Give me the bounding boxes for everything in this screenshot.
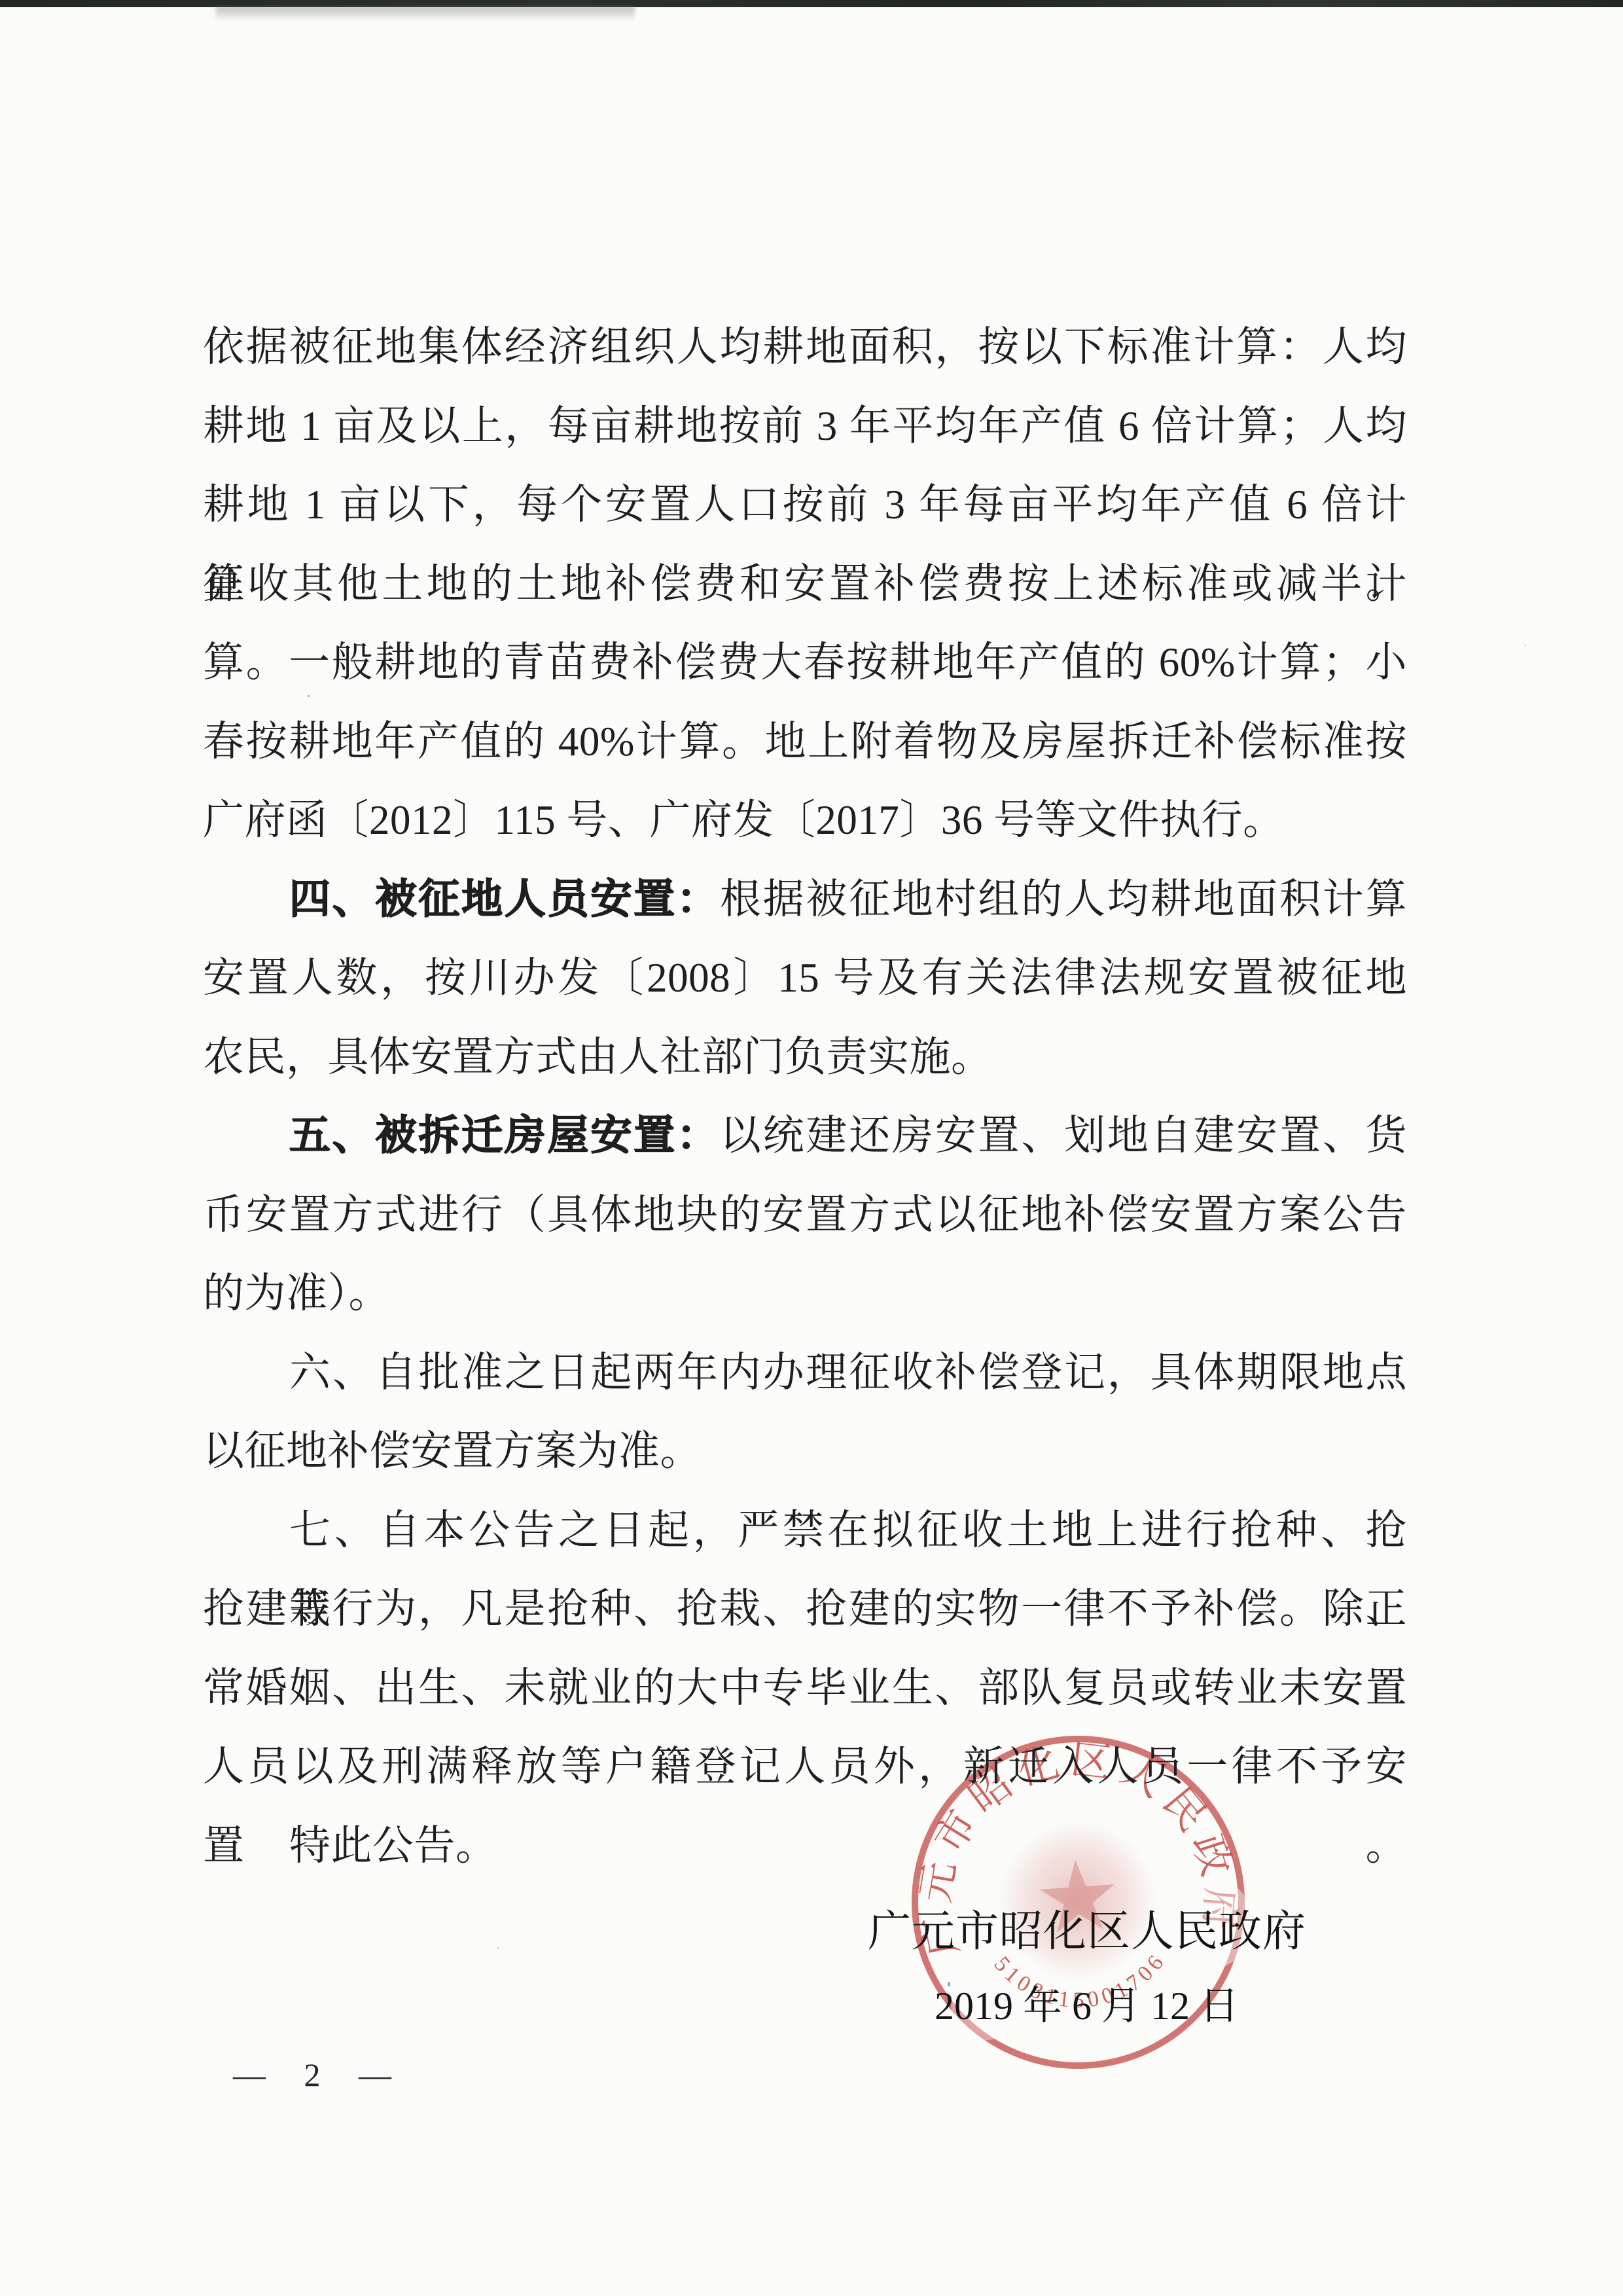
scan-smudge-artifact bbox=[216, 7, 635, 21]
text-line: 抢建等行为，凡是抢种、抢栽、抢建的实物一律不予补偿。除正 bbox=[203, 1570, 1407, 1649]
paragraph-text: 依据被征地集体经济组织人均耕地面积，按以下标准计算：人均 bbox=[203, 324, 1407, 370]
paragraph-text: 广府函〔2012〕115 号、广府发〔2017〕36 号等文件执行。 bbox=[203, 797, 1285, 843]
text-line: 七、自本公告之日起，严禁在拟征收土地上进行抢种、抢栽、 bbox=[203, 1491, 1407, 1570]
signature-date: 2019 年 6 月 12 日 bbox=[935, 1982, 1301, 2030]
paragraph-text: 的为准）。 bbox=[203, 1270, 390, 1316]
paragraph-text: 币安置方式进行（具体地块的安置方式以征地补偿安置方案公告 bbox=[203, 1192, 1407, 1238]
scan-speck bbox=[1525, 645, 1526, 646]
text-line: 耕地 1 亩以下，每个安置人口按前 3 年每亩平均年产值 6 倍计算。 bbox=[203, 465, 1407, 545]
page: { "page": { "footer": "— 2 —", "backgrou… bbox=[0, 0, 1623, 2296]
signature-issuer: 广元市昭化区人民政府 bbox=[868, 1906, 1326, 1958]
paragraph-heading: 四、被征地人员安置： bbox=[289, 876, 720, 922]
text-line: 广府函〔2012〕115 号、广府发〔2017〕36 号等文件执行。 bbox=[203, 781, 1407, 860]
paragraph-text: 征收其他土地的土地补偿费和安置补偿费按上述标准或减半计 bbox=[203, 561, 1407, 607]
text-line: 征收其他土地的土地补偿费和安置补偿费按上述标准或减半计 bbox=[203, 545, 1407, 624]
paragraph-text: 以统建还房安置、划地自建安置、货 bbox=[720, 1113, 1407, 1158]
paragraph-text: 耕地 1 亩及以上，每亩耕地按前 3 年平均年产值 6 倍计算；人均 bbox=[203, 403, 1407, 449]
text-line: 以征地补偿安置方案为准。 bbox=[203, 1412, 1407, 1491]
text-line: 依据被征地集体经济组织人均耕地面积，按以下标准计算：人均 bbox=[203, 308, 1407, 387]
page-number: — 2 — bbox=[233, 2055, 391, 2094]
text-line: 的为准）。 bbox=[203, 1254, 1407, 1333]
paragraph-text: 算。一般耕地的青苗费补偿费大春按耕地年产值的 60%计算；小 bbox=[203, 639, 1407, 685]
text-line: 安置人数，按川办发〔2008〕15 号及有关法律法规安置被征地 bbox=[203, 939, 1407, 1018]
paragraph-heading: 五、被拆迁房屋安置： bbox=[289, 1113, 720, 1158]
paragraph-text: 六、自批准之日起两年内办理征收补偿登记，具体期限地点 bbox=[289, 1350, 1407, 1395]
text-line: 六、自批准之日起两年内办理征收补偿登记，具体期限地点 bbox=[203, 1333, 1407, 1412]
text-line: 春按耕地年产值的 40%计算。地上附着物及房屋拆迁补偿标准按 bbox=[203, 702, 1407, 781]
paragraph-text: 特此公告。 bbox=[289, 1823, 497, 1869]
paragraph-text: 安置人数，按川办发〔2008〕15 号及有关法律法规安置被征地 bbox=[203, 955, 1407, 1001]
text-line: 四、被征地人员安置：根据被征地村组的人均耕地面积计算 bbox=[203, 860, 1407, 939]
text-line: 农民，具体安置方式由人社部门负责实施。 bbox=[203, 1018, 1407, 1097]
paragraph-text: 春按耕地年产值的 40%计算。地上附着物及房屋拆迁补偿标准按 bbox=[203, 719, 1407, 764]
text-line: 算。一般耕地的青苗费补偿费大春按耕地年产值的 60%计算；小 bbox=[203, 623, 1407, 702]
paragraph-text: 农民，具体安置方式由人社部门负责实施。 bbox=[203, 1034, 993, 1080]
text-line: 耕地 1 亩及以上，每亩耕地按前 3 年平均年产值 6 倍计算；人均 bbox=[203, 387, 1407, 466]
paragraph-text: 常婚姻、出生、未就业的大中专毕业生、部队复员或转业未安置 bbox=[203, 1665, 1407, 1711]
paragraph-text: 抢建等行为，凡是抢种、抢栽、抢建的实物一律不予补偿。除正 bbox=[203, 1586, 1407, 1632]
text-line: 五、被拆迁房屋安置：以统建还房安置、划地自建安置、货 bbox=[203, 1096, 1407, 1175]
text-line: 常婚姻、出生、未就业的大中专毕业生、部队复员或转业未安置 bbox=[203, 1649, 1407, 1728]
text-line: 人员以及刑满释放等户籍登记人员外，新迁入人员一律不予安置。 bbox=[203, 1727, 1407, 1806]
scan-speck bbox=[497, 1947, 499, 1948]
text-line: 币安置方式进行（具体地块的安置方式以征地补偿安置方案公告 bbox=[203, 1175, 1407, 1255]
document-body: 依据被征地集体经济组织人均耕地面积，按以下标准计算：人均耕地 1 亩及以上，每亩… bbox=[203, 308, 1407, 1885]
paragraph-text: 根据被征地村组的人均耕地面积计算 bbox=[720, 876, 1407, 922]
paragraph-text: 以征地补偿安置方案为准。 bbox=[203, 1428, 702, 1474]
